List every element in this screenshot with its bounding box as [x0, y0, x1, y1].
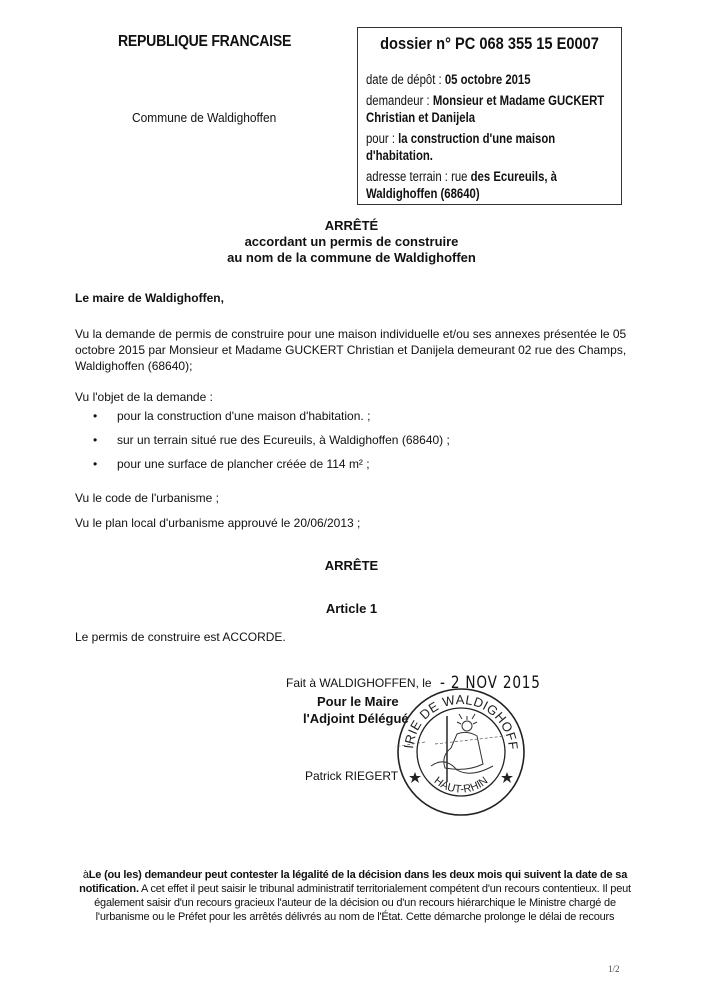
page-number: 1/2	[608, 964, 620, 974]
deposit-date-label: date de dépôt :	[366, 72, 445, 87]
request-object-list: • pour la construction d'une maison d'ha…	[75, 408, 635, 480]
permit-granted-text: Le permis de construire est ACCORDE.	[75, 629, 286, 645]
signer-name: Patrick RIEGERT	[305, 769, 398, 783]
svg-text:HAUT-RHIN: HAUT-RHIN	[432, 775, 491, 796]
address-label: adresse terrain : rue	[366, 169, 471, 184]
vu-objet-paragraph: Vu l'objet de la demande :	[75, 389, 213, 405]
decree-subtitle-1: accordant un permis de construire	[0, 234, 703, 250]
town-seal-icon: MAIRIE DE WALDIGHOFFEN HAUT-RHIN	[395, 686, 527, 818]
applicant-label: demandeur :	[366, 93, 433, 108]
list-item-text: sur un terrain situé rue des Ecureuils, …	[117, 432, 450, 448]
purpose-value-2: d'habitation.	[366, 148, 433, 163]
seal-bottom-text: HAUT-RHIN	[432, 775, 491, 796]
list-item-text: pour la construction d'une maison d'habi…	[117, 408, 370, 424]
arrete-heading: ARRÊTE	[0, 558, 703, 573]
deposit-date-row: date de dépôt : 05 octobre 2015	[366, 71, 618, 89]
mayor-line: Le maire de Waldighoffen,	[75, 291, 224, 305]
vu-code-paragraph: Vu le code de l'urbanisme ;	[75, 490, 219, 506]
address-value-1: des Ecureuils, à	[471, 169, 557, 184]
dossier-box: dossier n° PC 068 355 15 E0007 date de d…	[357, 27, 622, 205]
applicant-value-2: Christian et Danijela	[366, 110, 475, 125]
purpose-value-1: la construction d'une maison	[398, 131, 555, 146]
vu-plan-paragraph: Vu le plan local d'urbanisme approuvé le…	[75, 515, 360, 531]
list-item: • pour une surface de plancher créée de …	[75, 456, 635, 480]
address-value-2: Waldighoffen (68640)	[366, 186, 480, 201]
applicant-value-1: Monsieur et Madame GUCKERT	[433, 93, 604, 108]
vu-demande-paragraph: Vu la demande de permis de construire po…	[75, 326, 635, 374]
purpose-row: pour : la construction d'une maison d'ha…	[366, 130, 618, 165]
appeal-notice: àLe (ou les) demandeur peut contester la…	[70, 868, 640, 924]
list-item: • pour la construction d'une maison d'ha…	[75, 408, 635, 432]
commune-name: Commune de Waldighoffen	[132, 110, 276, 125]
bullet-icon: •	[93, 408, 97, 424]
purpose-label: pour :	[366, 131, 398, 146]
deputy-text: l'Adjoint Délégué	[303, 711, 409, 726]
list-item-text: pour une surface de plancher créée de 11…	[117, 456, 370, 472]
bullet-icon: •	[93, 456, 97, 472]
bullet-icon: •	[93, 432, 97, 448]
deposit-date-value: 05 octobre 2015	[445, 72, 531, 87]
dossier-details: date de dépôt : 05 octobre 2015 demandeu…	[366, 71, 618, 206]
applicant-row: demandeur : Monsieur et Madame GUCKERT C…	[366, 92, 618, 127]
for-mayor-text: Pour le Maire	[317, 694, 399, 709]
republic-heading: REPUBLIQUE FRANCAISE	[118, 33, 291, 51]
decree-heading: ARRÊTÉ accordant un permis de construire…	[0, 218, 703, 266]
dossier-number: dossier n° PC 068 355 15 E0007	[376, 34, 602, 54]
address-row: adresse terrain : rue des Ecureuils, à W…	[366, 168, 618, 203]
decree-title: ARRÊTÉ	[0, 218, 703, 234]
article-heading: Article 1	[0, 601, 703, 616]
svg-text:MAIRIE DE WALDIGHOFFEN: MAIRIE DE WALDIGHOFFEN	[395, 686, 521, 751]
list-item: • sur un terrain situé rue des Ecureuils…	[75, 432, 635, 456]
decree-subtitle-2: au nom de la commune de Waldighoffen	[0, 250, 703, 266]
seal-top-text: MAIRIE DE WALDIGHOFFEN	[395, 686, 521, 751]
appeal-notice-text: A cet effet il peut saisir le tribunal a…	[94, 883, 631, 923]
